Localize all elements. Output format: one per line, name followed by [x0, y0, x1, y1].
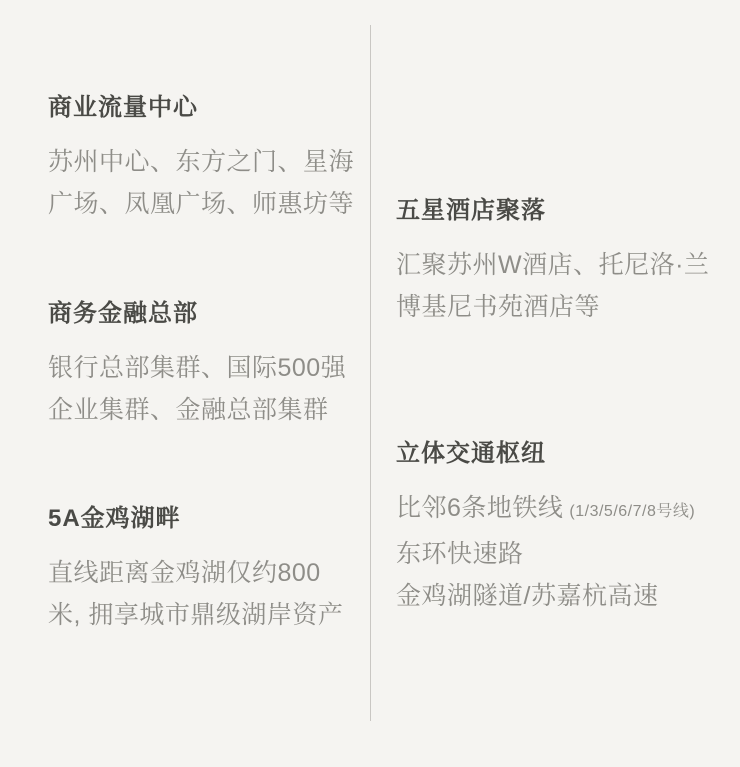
section-text-line: 银行总部集群、国际500强 — [48, 347, 378, 389]
metro-lines-note: (1/3/5/6/7/8号线) — [569, 503, 695, 520]
location-highlights-page: 商业流量中心 苏州中心、东方之门、星海 广场、凤凰广场、师惠坊等 商务金融总部 … — [0, 0, 740, 767]
section-text-line: 东环快速路 — [396, 533, 726, 575]
section-text-line: 博基尼书苑酒店等 — [396, 286, 726, 328]
section-text-line-metro: 比邻6条地铁线(1/3/5/6/7/8号线) — [396, 487, 726, 533]
section-heading: 商业流量中心 — [48, 95, 378, 121]
section-text-line: 米, 拥享城市鼎级湖岸资产 — [48, 594, 378, 636]
section-business-traffic-center: 商业流量中心 苏州中心、东方之门、星海 广场、凤凰广场、师惠坊等 — [48, 95, 378, 225]
section-text-line: 企业集群、金融总部集群 — [48, 389, 378, 431]
section-heading: 商务金融总部 — [48, 301, 378, 327]
section-text-line: 直线距离金鸡湖仅约800 — [48, 552, 378, 594]
section-text-line: 广场、凤凰广场、师惠坊等 — [48, 183, 378, 225]
section-text-line: 苏州中心、东方之门、星海 — [48, 141, 378, 183]
section-text-line: 汇聚苏州W酒店、托尼洛·兰 — [396, 244, 726, 286]
section-text-line: 金鸡湖隧道/苏嘉杭高速 — [396, 575, 726, 617]
metro-lines-text: 比邻6条地铁线 — [396, 494, 563, 522]
section-transport-hub: 立体交通枢纽 比邻6条地铁线(1/3/5/6/7/8号线) 东环快速路 金鸡湖隧… — [396, 441, 726, 617]
section-heading: 5A金鸡湖畔 — [48, 506, 378, 532]
section-jinji-lakeside: 5A金鸡湖畔 直线距离金鸡湖仅约800 米, 拥享城市鼎级湖岸资产 — [48, 506, 378, 636]
section-business-finance-hq: 商务金融总部 银行总部集群、国际500强 企业集群、金融总部集群 — [48, 301, 378, 431]
section-five-star-hotels: 五星酒店聚落 汇聚苏州W酒店、托尼洛·兰 博基尼书苑酒店等 — [396, 198, 726, 328]
section-heading: 立体交通枢纽 — [396, 441, 726, 467]
section-heading: 五星酒店聚落 — [396, 198, 726, 224]
